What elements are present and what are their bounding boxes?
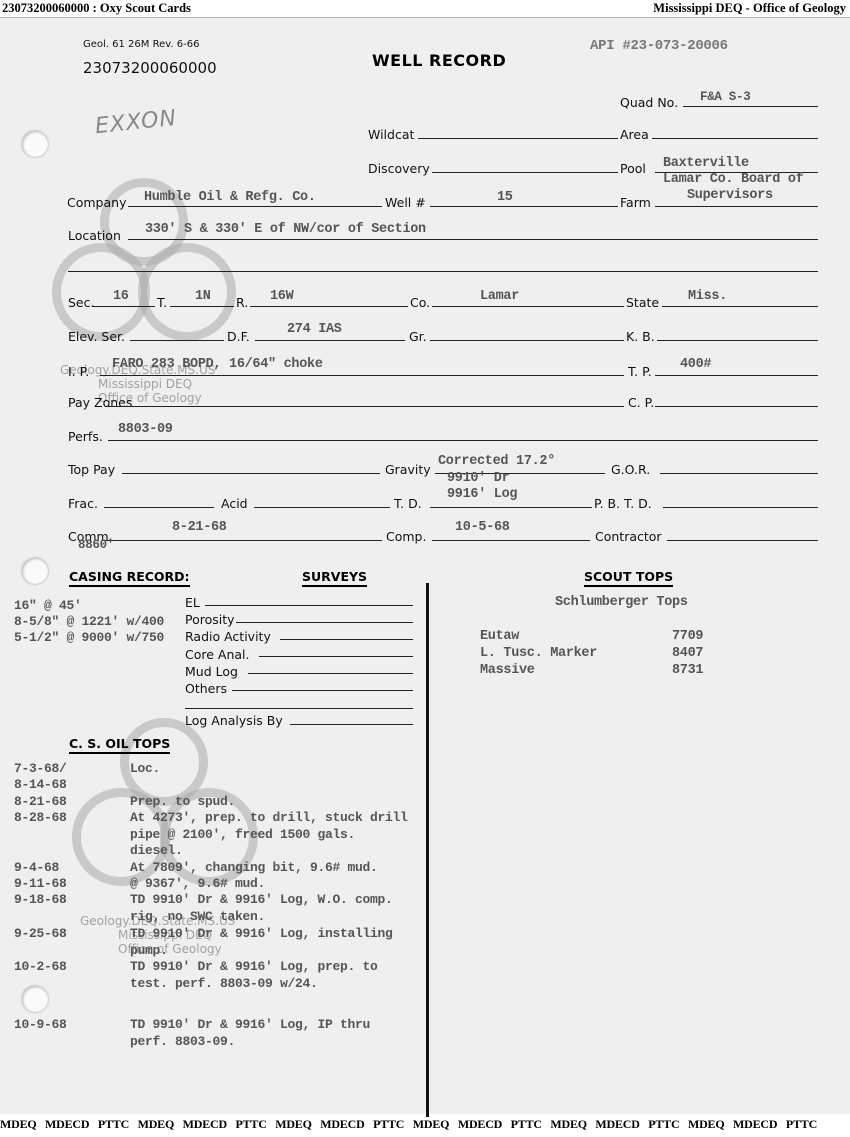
footer-tag: MDEQ	[688, 1117, 725, 1131]
log-text: Loc.	[130, 761, 160, 778]
log-date: 8-28-68	[14, 810, 67, 827]
log-text: TD 9910' Dr & 9916' Log, W.O. comp. rig,…	[130, 892, 393, 925]
api-stamp: API #23-073-20006	[590, 38, 728, 54]
column-divider	[426, 583, 429, 1131]
value-quad-no: F&A S-3	[700, 90, 750, 104]
footer-tag: PTTC	[373, 1117, 404, 1131]
value-td-line1: 9910' Dr	[447, 471, 509, 486]
label-state: State	[626, 295, 659, 310]
footer-tag: MDECD	[733, 1117, 777, 1131]
scout-card-scan: Geology.DEQ.State.MS.US Mississippi DEQ …	[0, 17, 850, 1114]
value-comp: 10-5-68	[455, 520, 510, 535]
value-well-no: 15	[497, 190, 513, 205]
viewer-footer: MDEQMDECDPTTCMDEQMDECDPTTCMDEQMDECDPTTCM…	[0, 1117, 850, 1137]
footer-tag: PTTC	[98, 1117, 129, 1131]
label-cp: C. P.	[628, 395, 654, 410]
log-date: 8-14-68	[14, 777, 67, 794]
footer-tag: MDECD	[595, 1117, 639, 1131]
log-text: At 4273', prep. to drill, stuck drill pi…	[130, 810, 408, 860]
footer-tag: MDEQ	[413, 1117, 450, 1131]
log-date: 7-3-68/	[14, 761, 67, 778]
footer-tag: MDEQ	[275, 1117, 312, 1131]
footer-tag: MDECD	[320, 1117, 364, 1131]
label-pool: Pool	[620, 161, 646, 176]
label-kb: K. B.	[626, 329, 655, 344]
value-state: Miss.	[688, 289, 727, 304]
footer-tag: MDECD	[183, 1117, 227, 1131]
footer-tag: PTTC	[511, 1117, 542, 1131]
scout-top-name: L. Tusc. Marker	[480, 645, 597, 662]
cs-oil-tops-log: 7-3-68/ Loc. 8-14-68 8-21-68 Prep. to sp…	[0, 18, 425, 1114]
viewer-header: 23073200060000 : Oxy Scout Cards Mississ…	[0, 0, 850, 17]
log-text: TD 9910' Dr & 9916' Log, IP thru perf. 8…	[130, 1017, 370, 1050]
scout-tops-names: Eutaw L. Tusc. Marker Massive	[480, 628, 597, 679]
log-date: 9-4-68	[14, 860, 59, 877]
footer-tag: MDECD	[45, 1117, 89, 1131]
label-tp: T. P.	[628, 364, 652, 379]
label-farm: Farm	[620, 195, 651, 210]
log-date: 8-21-68	[14, 794, 67, 811]
scout-top-name: Eutaw	[480, 628, 597, 645]
log-date: 10-9-68	[14, 1017, 67, 1034]
log-date: 9-11-68	[14, 876, 67, 893]
footer-tag: PTTC	[786, 1117, 817, 1131]
log-date: 10-2-68	[14, 959, 67, 976]
footer-tag: PTTC	[648, 1117, 679, 1131]
footer-tag: MDEQ	[138, 1117, 175, 1131]
log-date: 9-25-68	[14, 926, 67, 943]
scout-top-name: Massive	[480, 662, 597, 679]
scout-tops-heading: SCOUT TOPS	[584, 569, 673, 587]
value-tp: 400#	[680, 357, 711, 372]
value-farm-line2: Supervisors	[687, 188, 773, 203]
footer-tag: MDEQ	[0, 1117, 37, 1131]
scout-top-depth: 7709	[672, 628, 703, 645]
footer-tag: MDECD	[458, 1117, 502, 1131]
label-quad-no: Quad No.	[620, 95, 678, 110]
log-date: 9-18-68	[14, 892, 67, 909]
log-text: @ 9367', 9.6# mud.	[130, 876, 265, 893]
agency-title: Mississippi DEQ - Office of Geology	[653, 1, 846, 16]
label-contractor: Contractor	[595, 529, 662, 544]
label-pbtd: P. B. T. D.	[594, 496, 652, 511]
log-text: TD 9910' Dr & 9916' Log, prep. to test. …	[130, 959, 378, 992]
scout-tops-subheading: Schlumberger Tops	[555, 595, 688, 610]
footer-tag: MDEQ	[550, 1117, 587, 1131]
scout-top-depth: 8407	[672, 645, 703, 662]
label-gor: G.O.R.	[611, 462, 650, 477]
value-farm-line1: Lamar Co. Board of	[663, 172, 803, 187]
scout-top-depth: 8731	[672, 662, 703, 679]
document-id-title: 23073200060000 : Oxy Scout Cards	[2, 1, 191, 16]
value-gravity: Corrected 17.2°	[438, 454, 555, 469]
value-pool: Baxterville	[663, 156, 749, 171]
value-td-line2: 9916' Log	[447, 487, 517, 502]
log-text: At 7809', changing bit, 9.6# mud.	[130, 860, 378, 877]
footer-tag: PTTC	[235, 1117, 266, 1131]
log-text: TD 9910' Dr & 9916' Log, installing pump…	[130, 926, 393, 959]
log-text: Prep. to spud.	[130, 794, 235, 811]
value-county: Lamar	[480, 289, 519, 304]
label-area: Area	[620, 127, 649, 142]
scout-tops-depths: 7709 8407 8731	[672, 628, 703, 679]
